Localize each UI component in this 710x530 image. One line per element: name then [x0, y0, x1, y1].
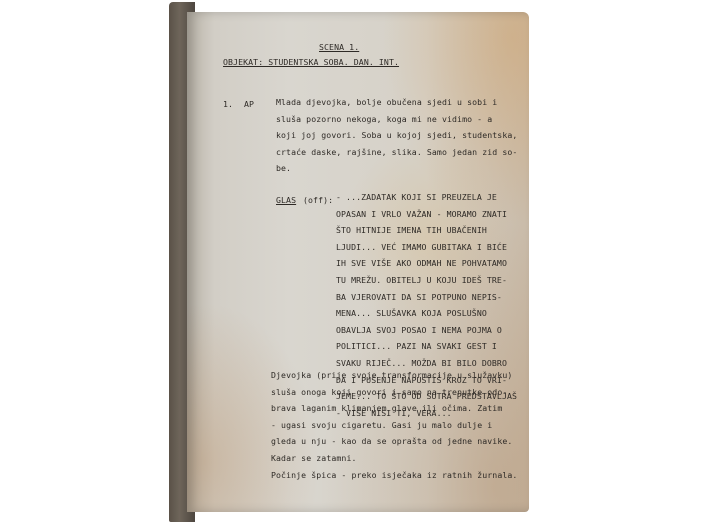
action-line: brava laganim klimanjem glave ili očima.…	[271, 400, 517, 417]
action-line: sluša onoga koji govori i samo na trenut…	[271, 384, 517, 401]
dialogue-line: BA VJEROVATI DA SI POTPUNO NEPIS-	[336, 289, 517, 306]
scene-title: SCENA 1.	[319, 42, 359, 52]
action-line: Djevojka (prije svoje transformacije u s…	[271, 367, 517, 384]
typewritten-page: SCENA 1. OBJEKAT: STUDENTSKA SOBA. DAN. …	[187, 12, 529, 512]
description-line: koji joj govori. Soba u kojoj sjedi, stu…	[276, 127, 517, 144]
dialogue-line: OPASAN I VRLO VAŽAN - MORAMO ZNATI	[336, 206, 517, 223]
dialogue-line: ŠTO HITNIJE IMENA TIH UBAČENIH	[336, 222, 517, 239]
shot-number: 1.	[223, 99, 233, 109]
shot-description: Mlada djevojka, bolje obučena sjedi u so…	[276, 94, 517, 177]
description-line: sluša pozorno nekoga, koga mi ne vidimo …	[276, 111, 517, 128]
action-line: gleda u nju - kao da se oprašta od jedne…	[271, 433, 517, 450]
object-line: OBJEKAT: STUDENTSKA SOBA. DAN. INT.	[223, 57, 399, 67]
dialogue-line: TU MREŽU. OBITELJ U KOJU IDEŠ TRE-	[336, 272, 517, 289]
description-line: be.	[276, 160, 517, 177]
action-line: Počinje špica - preko isječaka iz ratnih…	[271, 467, 517, 484]
action-line: Kadar se zatamni.	[271, 450, 517, 467]
shot-type: AP	[244, 99, 254, 109]
description-line: crtaće daske, rajšine, slika. Samo jedan…	[276, 144, 517, 161]
dialogue-line: POLITICI... PAZI NA SVAKI GEST I	[336, 338, 517, 355]
voice-note: (off):	[303, 195, 333, 205]
description-line: Mlada djevojka, bolje obučena sjedi u so…	[276, 94, 517, 111]
action-description: Djevojka (prije svoje transformacije u s…	[271, 367, 517, 483]
dialogue-line: OBAVLJA SVOJ POSAO I NEMA POJMA O	[336, 322, 517, 339]
voice-label: GLAS	[276, 195, 296, 205]
dialogue-line: IH SVE VIŠE AKO ODMAH NE POHVATAMO	[336, 255, 517, 272]
dialogue-line: - ...ZADATAK KOJI SI PREUZELA JE	[336, 189, 517, 206]
action-line: - ugasi svoju cigaretu. Gasi ju malo dul…	[271, 417, 517, 434]
dialogue-line: LJUDI... VEĆ IMAMO GUBITAKA I BIĆE	[336, 239, 517, 256]
dialogue-line: MENA... SLUŠAVKA KOJA POSLUŠNO	[336, 305, 517, 322]
